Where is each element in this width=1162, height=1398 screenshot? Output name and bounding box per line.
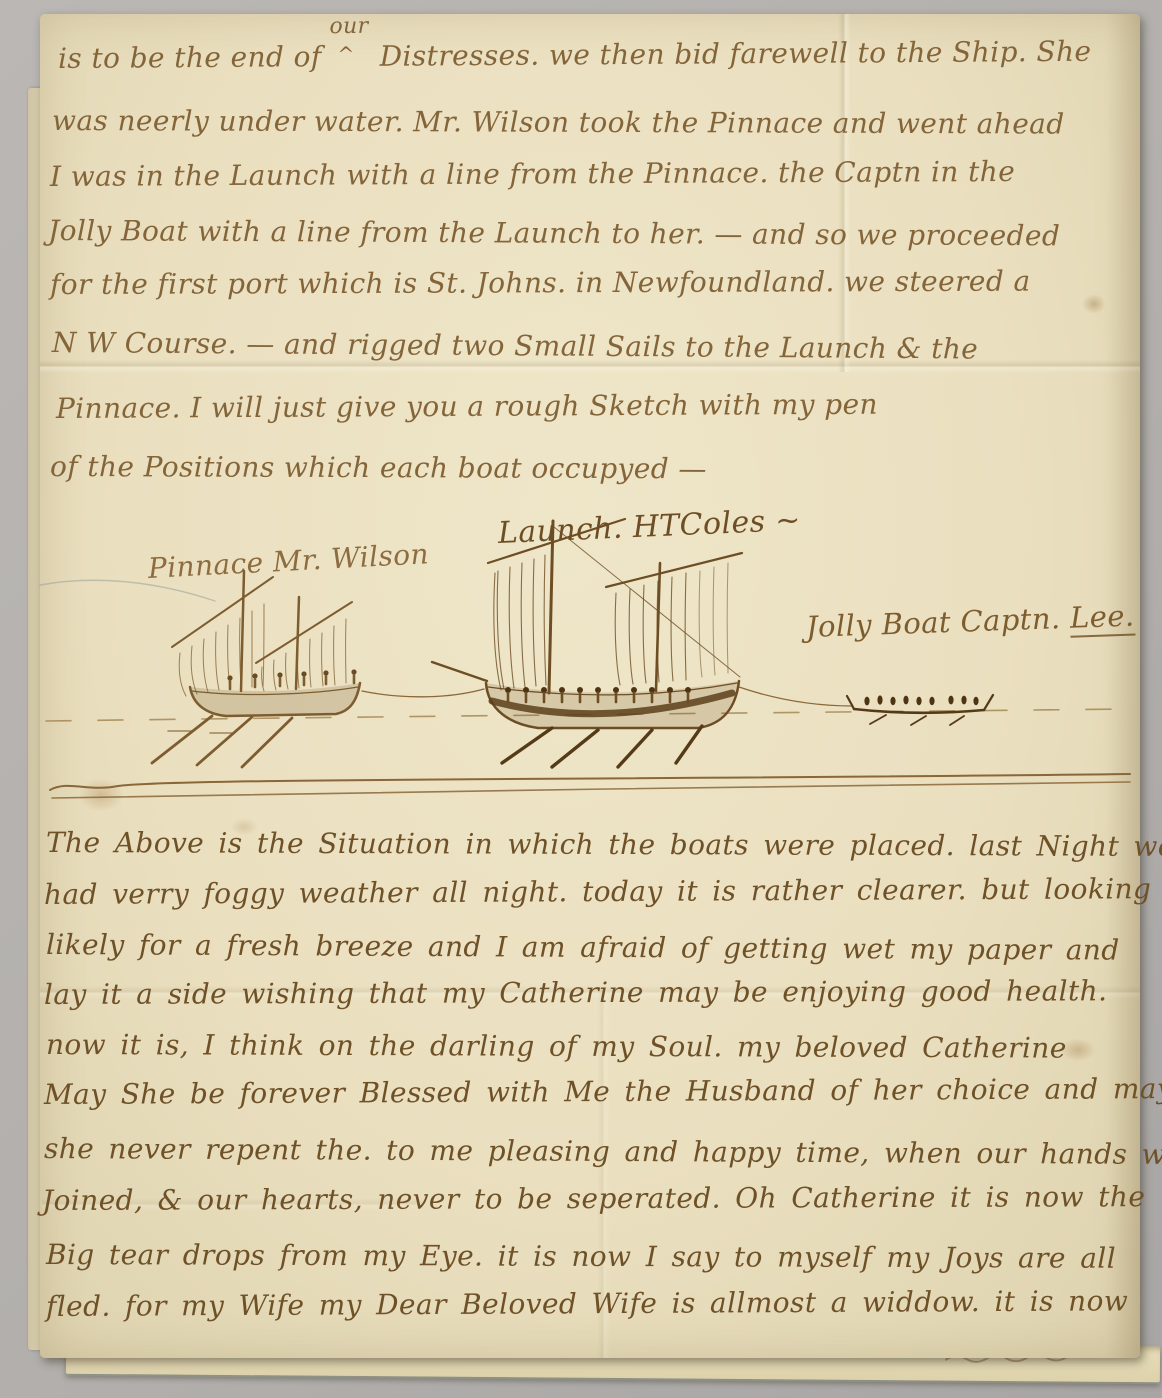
handwritten-line: Big tear drops from my Eye. it is now I … xyxy=(46,1238,1116,1275)
pinnace-drawing xyxy=(152,571,360,767)
jolly-boat-drawing xyxy=(847,695,993,725)
line-text: Distresses. we then bid farewell to the … xyxy=(380,35,1092,73)
handwritten-line: The Above is the Situation in which the … xyxy=(46,826,1162,863)
handwritten-line: lay it a side wishing that my Catherine … xyxy=(44,974,1107,1011)
handwritten-line: Pinnace. I will just give you a rough Sk… xyxy=(56,388,878,425)
handwritten-line: N W Course. — and rigged two Small Sails… xyxy=(52,326,978,365)
handwritten-line: she never repent the. to me pleasing and… xyxy=(44,1132,1162,1171)
handwritten-line: had verry foggy weather all night. today… xyxy=(44,872,1151,911)
handwritten-line: Joined, & our hearts, never to be sepera… xyxy=(42,1180,1145,1217)
handwritten-line: likely for a fresh breeze and I am afrai… xyxy=(46,928,1120,967)
handwritten-line: fled. for my Wife my Dear Beloved Wife i… xyxy=(46,1284,1128,1323)
handwritten-line: Jolly Boat with a line from the Launch t… xyxy=(48,214,1060,252)
inserted-word: our^ xyxy=(322,56,380,66)
stain xyxy=(1082,294,1106,314)
handwritten-line: May She be forever Blessed with Me the H… xyxy=(44,1072,1162,1111)
launch-drawing xyxy=(432,519,742,767)
photo-background: is to be the end ofour^Distresses. we th… xyxy=(0,0,1162,1398)
pencil-crease-line xyxy=(40,580,215,601)
caret-mark: ^ xyxy=(338,42,355,66)
insertion-text: our xyxy=(329,14,368,39)
boat-sketch xyxy=(40,505,1140,770)
handwritten-line: now it is, I think on the darling of my … xyxy=(46,1028,1067,1065)
handwritten-line: was neerly under water. Mr. Wilson took … xyxy=(52,104,1065,141)
handwritten-line: I was in the Launch with a line from the… xyxy=(50,155,1015,193)
line-text: is to be the end of xyxy=(58,40,322,75)
handwritten-line: of the Positions which each boat occupye… xyxy=(50,450,707,485)
ink-divider xyxy=(40,770,1140,804)
handwritten-line: for the first port which is St. Johns. i… xyxy=(50,265,1031,301)
